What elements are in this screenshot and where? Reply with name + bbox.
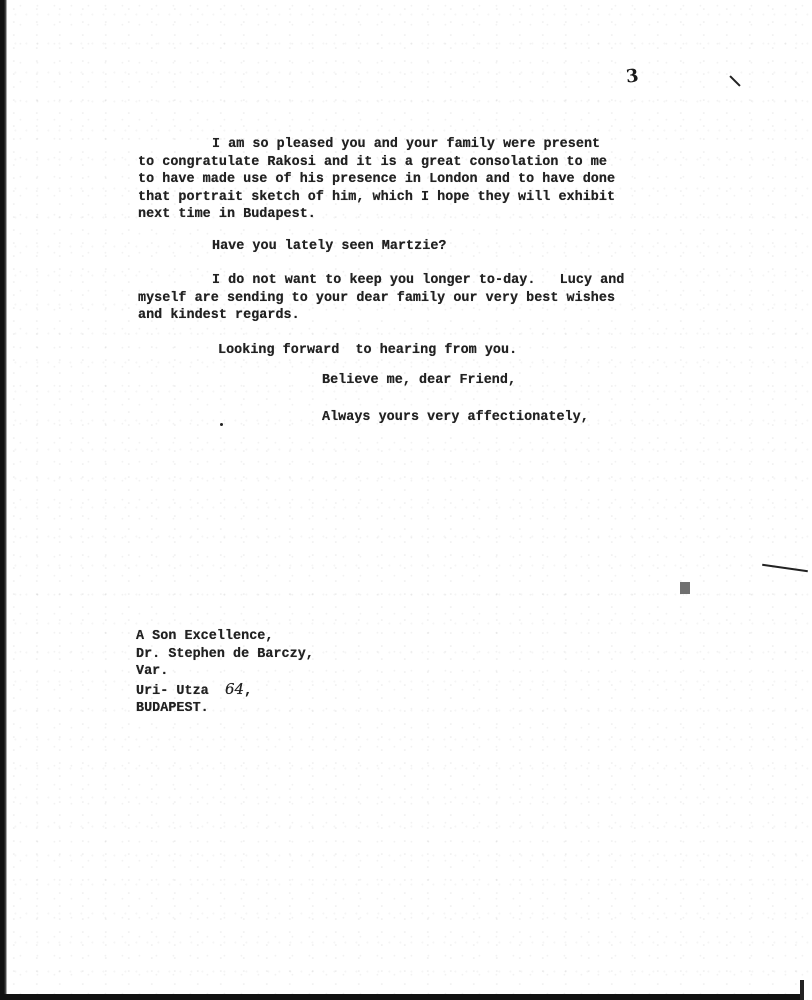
ink-mark [729,75,740,86]
ink-dot [220,423,223,426]
ink-smudge [680,582,690,594]
paragraph-line: Have you lately seen Martzie? [212,239,447,254]
address-line: Var. [136,664,168,679]
handwritten-house-number: 64 [225,680,244,698]
address-line: A Son Excellence, [136,629,273,644]
ink-stroke [762,564,808,572]
paragraph-line: to congratulate Rakosi and it is a great… [138,155,607,170]
closing-believe-me: Believe me, dear Friend, [322,372,516,390]
closing-looking-forward: Looking forward to hearing from you. [218,342,517,360]
page-number: 3 [625,65,640,87]
paragraph-line: and kindest regards. [138,308,300,323]
closing-signoff: Always yours very affectionately, [322,409,589,427]
letter-page: 3 I am so pleased you and your family we… [0,0,812,1000]
paragraph-line: to have made use of his presence in Lond… [138,172,615,187]
scan-bottom-edge [0,994,800,1000]
recipient-address: A Son Excellence, Dr. Stephen de Barczy,… [136,628,314,718]
scan-left-edge [0,0,7,1000]
paragraph-regards: I do not want to keep you longer to-day.… [138,272,624,325]
scan-corner-mark [800,980,804,1000]
paragraph-congratulations: I am so pleased you and your family were… [138,136,615,224]
address-street: Uri- Utza [136,684,225,699]
paragraph-line: that portrait sketch of him, which I hop… [138,190,615,205]
paragraph-line: myself are sending to your dear family o… [138,291,615,306]
address-punctuation: , [244,684,252,699]
paragraph-line: I do not want to keep you longer to-day.… [212,273,624,288]
paragraph-line: I am so pleased you and your family were… [212,137,600,152]
paragraph-line: next time in Budapest. [138,207,316,222]
address-city: BUDAPEST. [136,701,209,716]
paragraph-question: Have you lately seen Martzie? [138,238,447,256]
address-line: Dr. Stephen de Barczy, [136,647,314,662]
